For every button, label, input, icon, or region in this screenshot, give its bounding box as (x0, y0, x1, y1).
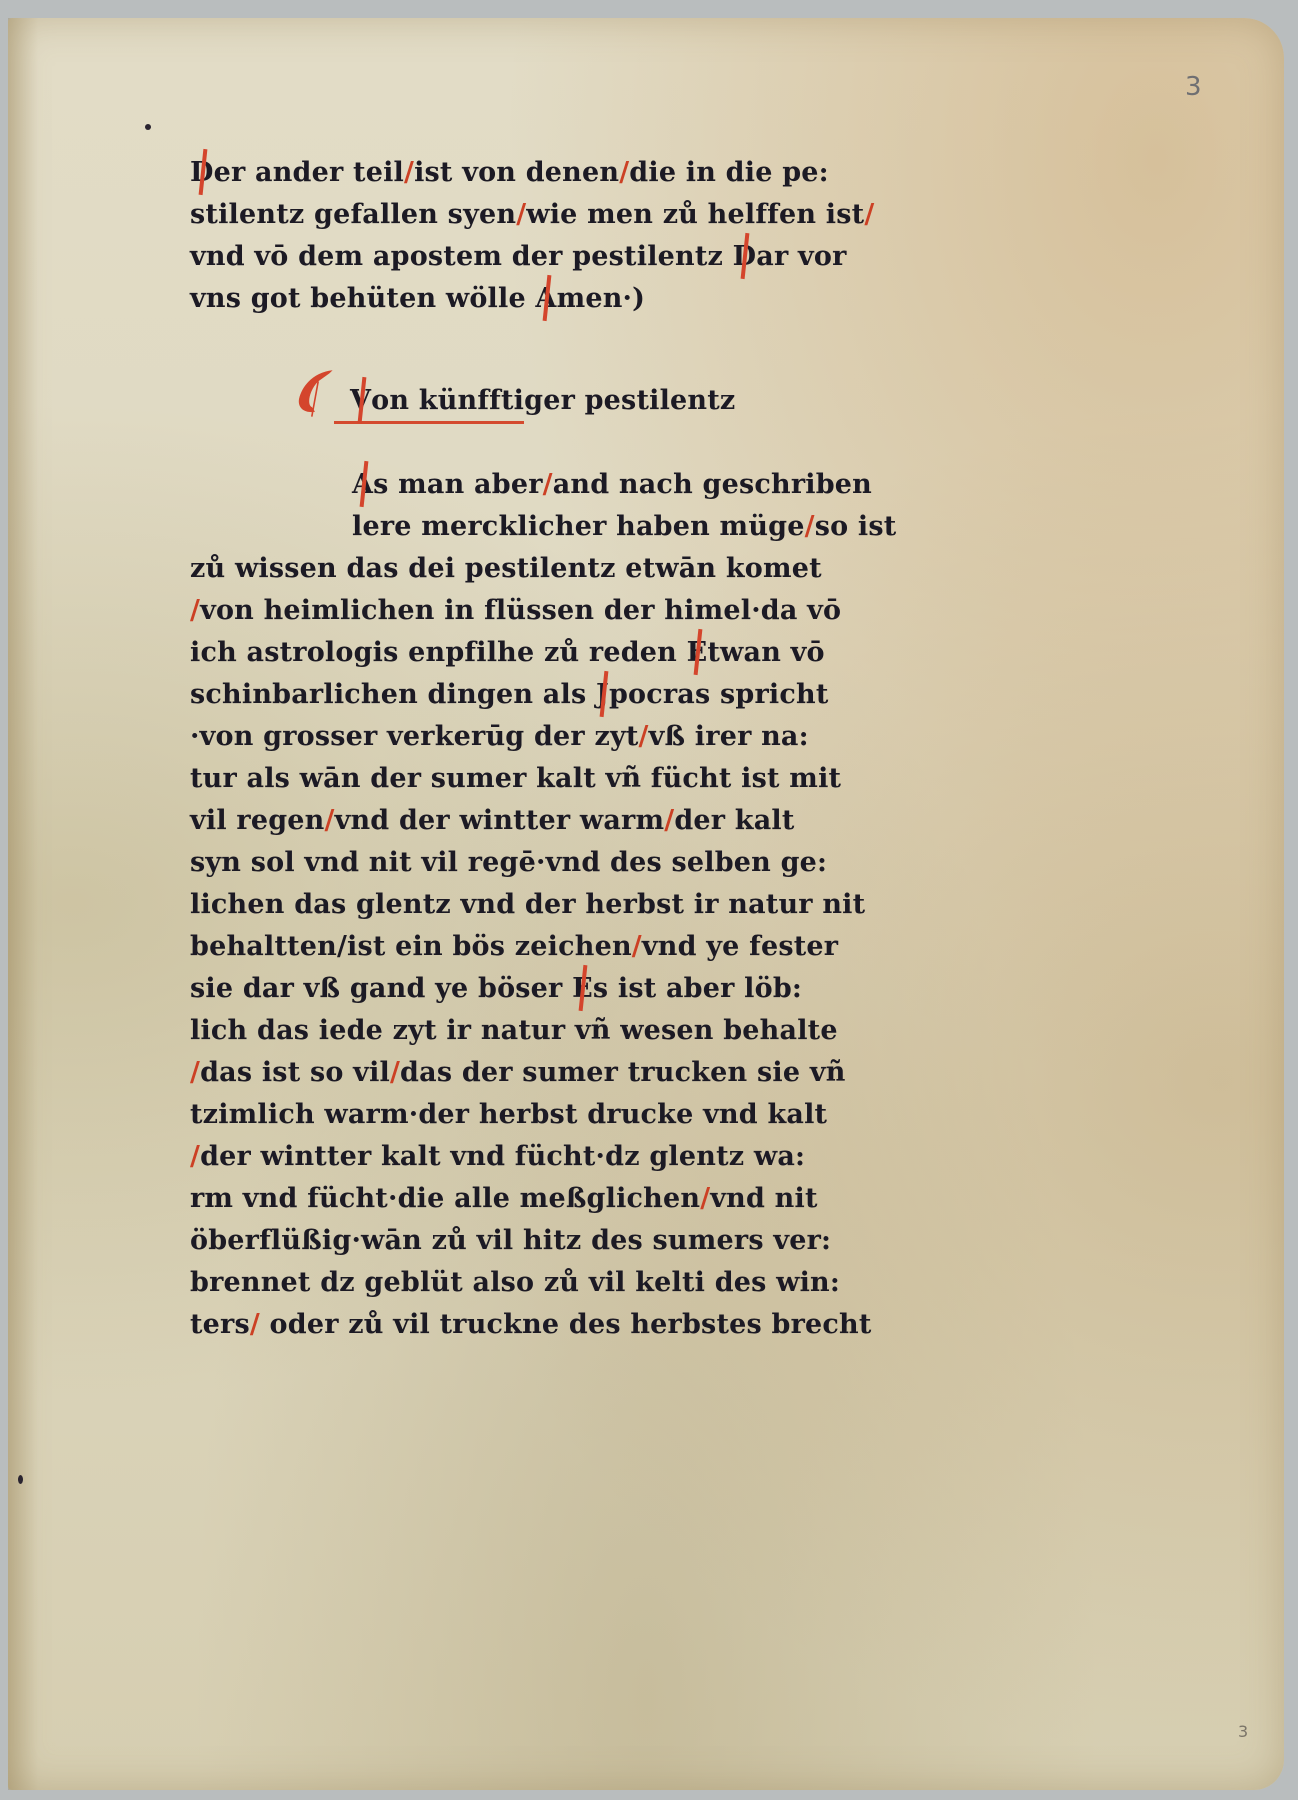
text-segment: wie men zů helffen ist (526, 199, 864, 230)
red-virgule: / (190, 1057, 200, 1088)
text-line: zů wissen das dei pestilentz etwān komet (190, 551, 822, 587)
text-line: tzimlich warm·der herbst drucke vnd kalt (190, 1097, 827, 1133)
red-virgule: / (190, 595, 200, 626)
ink-speck (18, 1475, 23, 1484)
section-heading: Von künfftiger pestilentz (350, 381, 735, 421)
text-segment: tzimlich warm·der herbst drucke vnd kalt (190, 1099, 827, 1130)
text-segment: brennet dz geblüt also zů vil kelti des … (190, 1267, 840, 1298)
folio-number-top: 3 (1185, 72, 1202, 102)
text-line: ·von grosser verkerūg der zyt/vß irer na… (190, 719, 809, 755)
text-segment: vnd nit (710, 1183, 817, 1214)
rubricated-initial: J (596, 679, 609, 710)
red-virgule: / (390, 1057, 400, 1088)
text-segment: er ander teil (214, 157, 404, 188)
text-line: syn sol vnd nit vil regē·vnd des selben … (190, 845, 827, 881)
text-segment: s ist aber löb: (593, 973, 802, 1004)
text-segment: lichen das glentz vnd der herbst ir natu… (190, 889, 865, 920)
text-line: stilentz gefallen syen/wie men zů helffe… (190, 197, 874, 233)
text-line: brennet dz geblüt also zů vil kelti des … (190, 1265, 840, 1301)
text-segment: tur als wān der sumer kalt vñ fücht ist … (190, 763, 841, 794)
red-virgule: / (639, 721, 649, 752)
text-segment: schinbarlichen dingen als (190, 679, 596, 710)
text-segment: vnd vō dem apostem der pestilentz (190, 241, 733, 272)
text-segment: lich das iede zyt ir natur vñ wesen beha… (190, 1015, 838, 1046)
text-segment: lere mercklicher haben müge (352, 511, 805, 542)
text-segment: ich astrologis enpfilhe zů reden (190, 637, 687, 668)
red-virgule: / (404, 157, 414, 188)
text-line: öberflüßig·wān zů vil hitz des sumers ve… (190, 1223, 831, 1259)
text-line: vns got behüten wölle Amen·) (190, 281, 645, 317)
text-segment: men·) (557, 283, 646, 314)
text-segment: sie dar vß gand ye böser (190, 973, 572, 1004)
red-virgule: / (516, 199, 526, 230)
text-line: As man aber/and nach geschriben (352, 467, 872, 503)
text-segment: s man aber (373, 469, 542, 500)
red-virgule: / (664, 805, 674, 836)
text-segment: das der sumer trucken sie vñ (400, 1057, 846, 1088)
text-segment: so ist (815, 511, 897, 542)
text-segment: and nach geschriben (553, 469, 872, 500)
text-segment: ters (190, 1309, 250, 1340)
text-segment: ·von grosser verkerūg der zyt (190, 721, 639, 752)
text-segment: rm vnd fücht·die alle meßglichen (190, 1183, 700, 1214)
text-line: Der ander teil/ist von denen/die in die … (190, 155, 829, 191)
red-virgule: / (700, 1183, 710, 1214)
page-gutter-shadow (8, 18, 38, 1790)
text-line: rm vnd fücht·die alle meßglichen/vnd nit (190, 1181, 818, 1217)
text-line: vnd vō dem apostem der pestilentz Dar vo… (190, 239, 847, 275)
folio-number-bottom: 3 (1238, 1722, 1248, 1741)
rubricated-initial: E (572, 973, 593, 1004)
text-segment: vnd der wintter warm (335, 805, 665, 836)
text-segment: die in die pe: (629, 157, 829, 188)
text-segment: der kalt (674, 805, 794, 836)
text-line: behaltten/ist ein bös zeichen/vnd ye fes… (190, 929, 838, 965)
text-segment: behaltten/ist ein bös zeichen (190, 931, 632, 962)
text-line: /von heimlichen in flüssen der himel·da … (190, 593, 841, 629)
text-line: lichen das glentz vnd der herbst ir natu… (190, 887, 865, 923)
text-segment: twan vō (707, 637, 824, 668)
red-virgule: / (543, 469, 553, 500)
red-virgule: / (619, 157, 629, 188)
text-segment: das ist so vil (200, 1057, 390, 1088)
pilcrow-icon (288, 367, 342, 423)
text-segment: öberflüßig·wān zů vil hitz des sumers ve… (190, 1225, 831, 1256)
rubricated-initial: E (687, 637, 708, 668)
text-segment: vns got behüten wölle (190, 283, 535, 314)
text-line: sie dar vß gand ye böser Es ist aber löb… (190, 971, 802, 1007)
text-line: ters/ oder zů vil truckne des herbstes b… (190, 1307, 872, 1343)
text-segment: vnd ye fester (642, 931, 838, 962)
red-virgule: / (864, 199, 874, 230)
text-segment: vil regen (190, 805, 325, 836)
text-line: ich astrologis enpfilhe zů reden Etwan v… (190, 635, 825, 671)
red-virgule: / (325, 805, 335, 836)
heading-text: on künfftiger pestilentz (371, 385, 735, 416)
text-segment: oder zů vil truckne des herbstes brecht (260, 1309, 872, 1340)
text-segment: ar vor (756, 241, 846, 272)
rubricated-initial: V (350, 385, 371, 416)
red-virgule: / (250, 1309, 260, 1340)
red-virgule: / (632, 931, 642, 962)
text-segment: stilentz gefallen syen (190, 199, 516, 230)
rubricated-initial: D (190, 157, 214, 188)
rubricated-initial: D (733, 241, 757, 272)
text-line: lich das iede zyt ir natur vñ wesen beha… (190, 1013, 838, 1049)
text-line: vil regen/vnd der wintter warm/der kalt (190, 803, 795, 839)
text-segment: von heimlichen in flüssen der himel·da v… (200, 595, 841, 626)
heading-red-underline (334, 421, 524, 424)
red-virgule: / (190, 1141, 200, 1172)
ink-speck (145, 124, 151, 130)
text-segment: der wintter kalt vnd fücht·dz glentz wa: (200, 1141, 805, 1172)
text-line: lere mercklicher haben müge/so ist (352, 509, 896, 545)
text-line: /das ist so vil/das der sumer trucken si… (190, 1055, 846, 1091)
red-virgule: / (805, 511, 815, 542)
text-segment: vß irer na: (649, 721, 809, 752)
rubricated-initial: A (535, 283, 556, 314)
text-line: schinbarlichen dingen als Jpocras sprich… (190, 677, 829, 713)
text-segment: syn sol vnd nit vil regē·vnd des selben … (190, 847, 827, 878)
text-segment: zů wissen das dei pestilentz etwān komet (190, 553, 822, 584)
text-line: /der wintter kalt vnd fücht·dz glentz wa… (190, 1139, 805, 1175)
rubricated-initial: A (352, 469, 373, 500)
text-segment: pocras spricht (609, 679, 829, 710)
text-segment: ist von denen (414, 157, 619, 188)
text-line: tur als wān der sumer kalt vñ fücht ist … (190, 761, 841, 797)
